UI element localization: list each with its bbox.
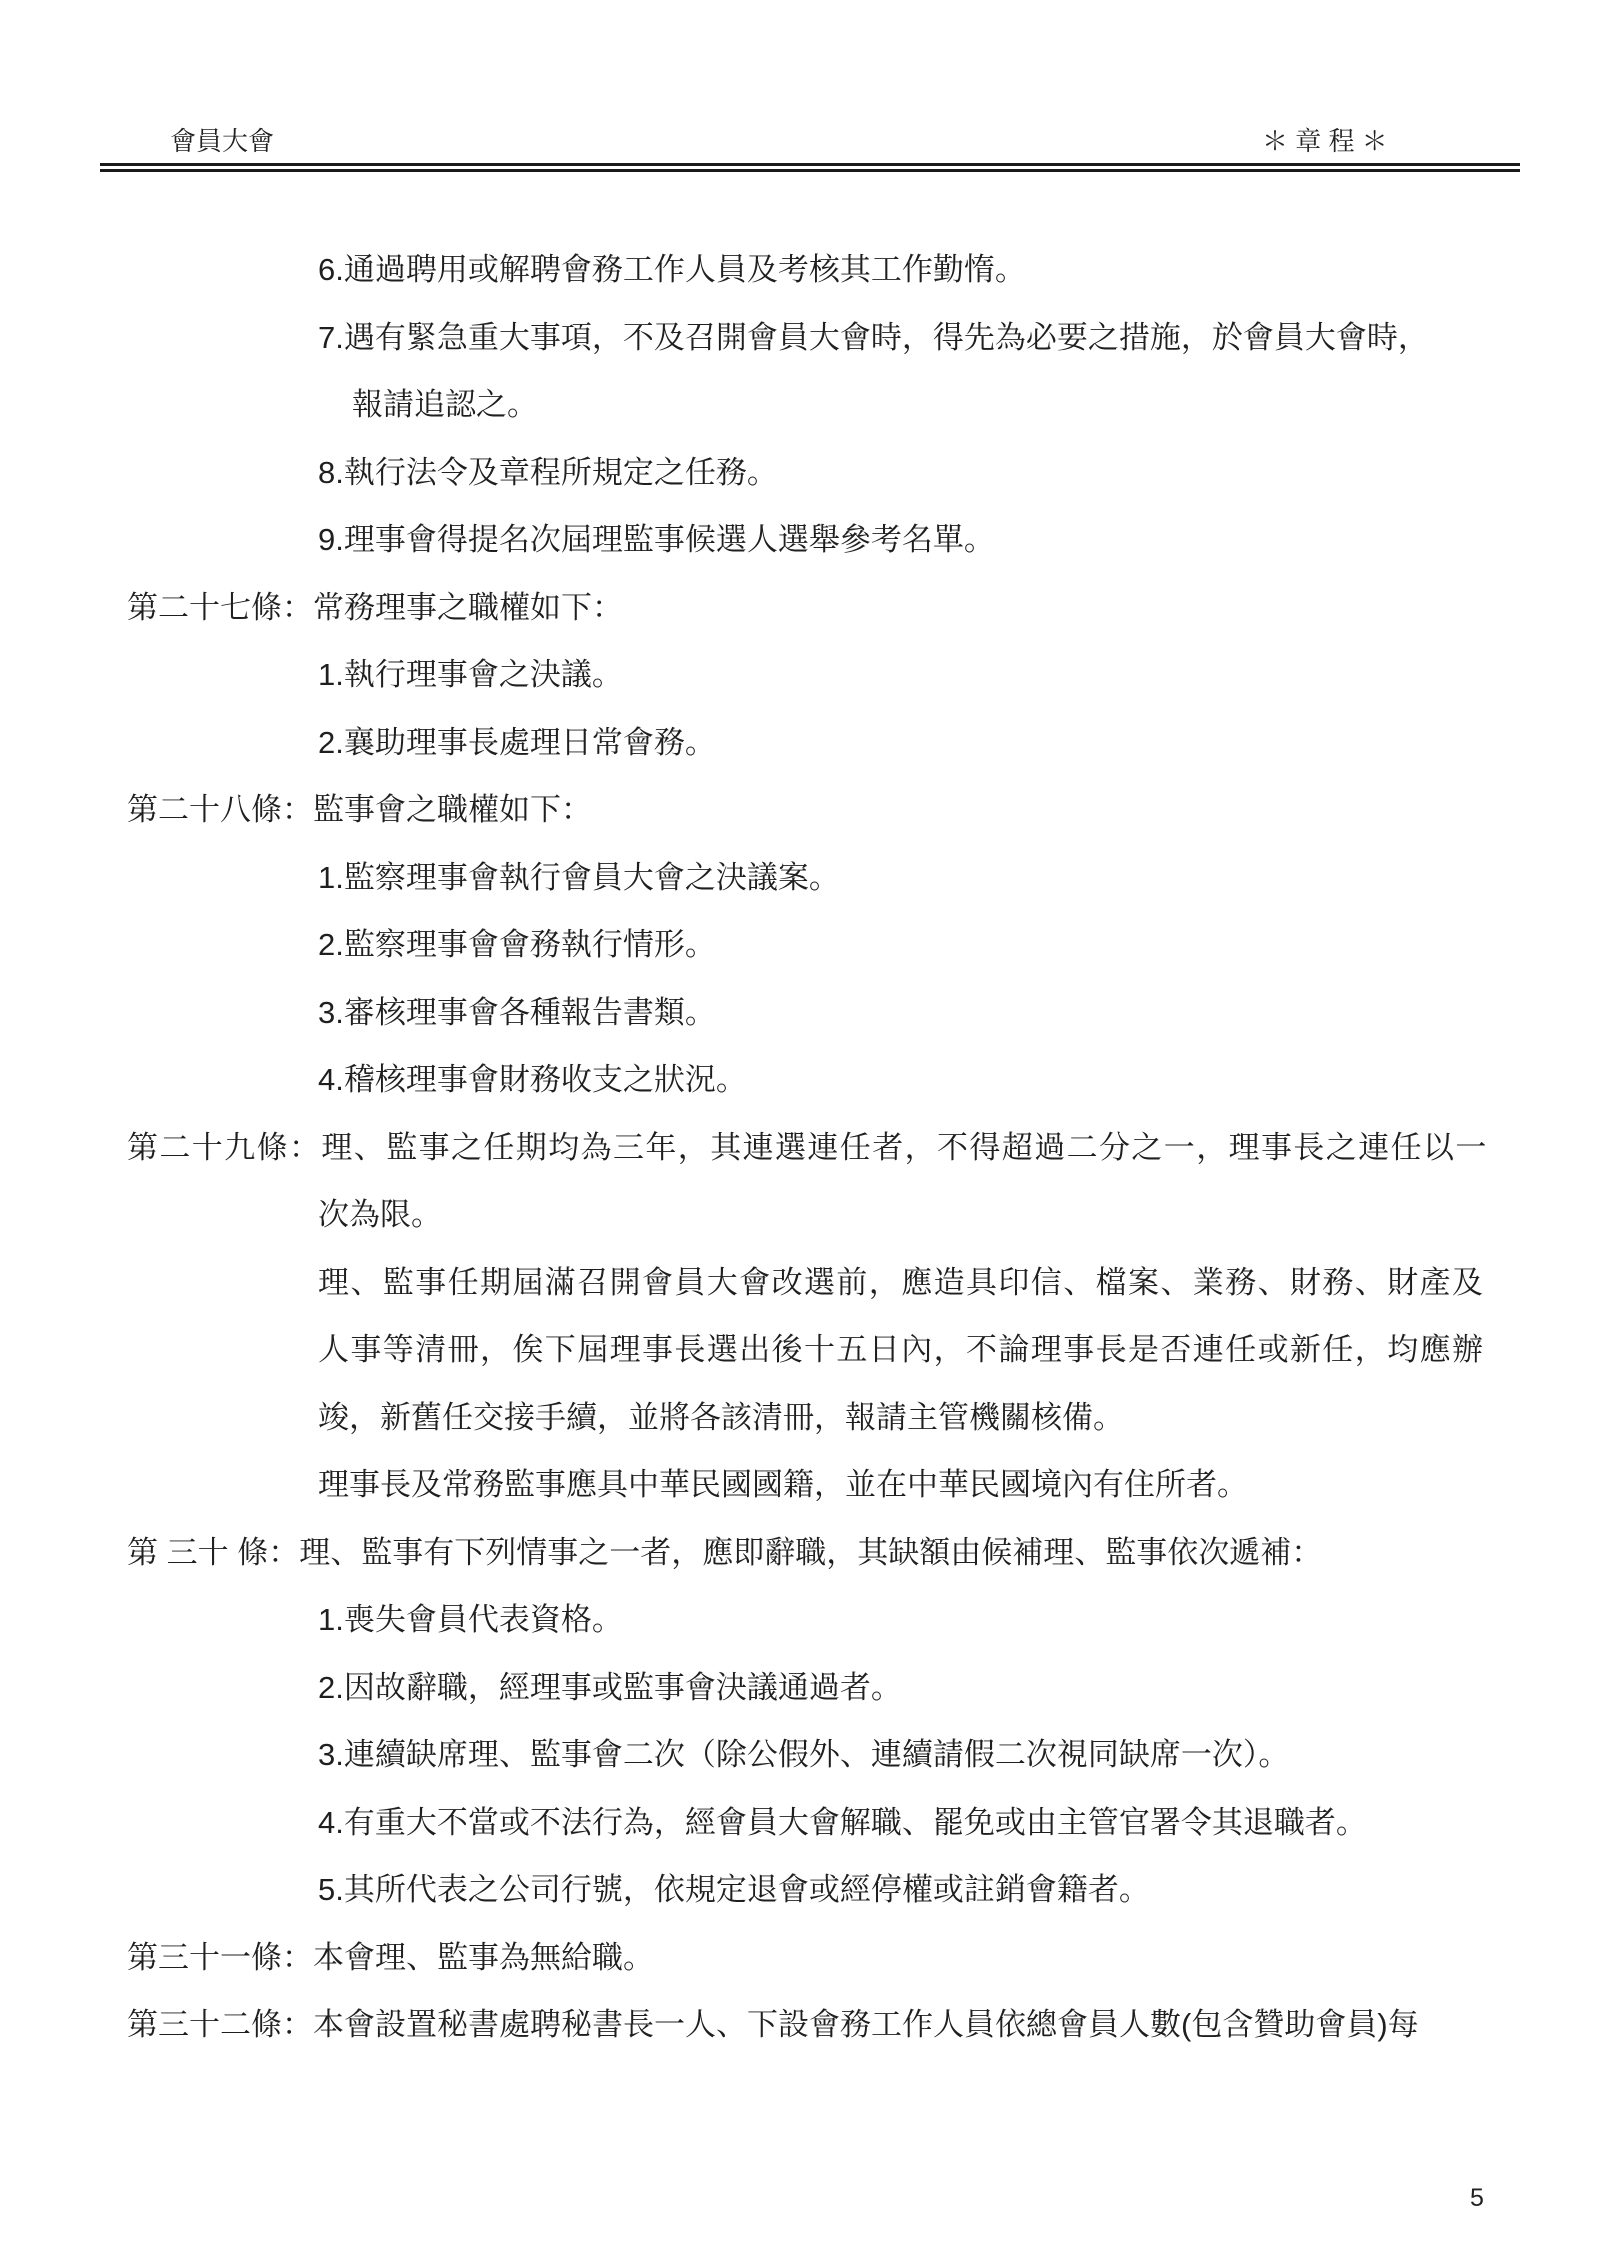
header-section-title: 會員大會 (170, 126, 274, 156)
charter-line: 1.喪失會員代表資格。 (318, 1601, 623, 1639)
charter-line: 1.執行理事會之決議。 (318, 656, 623, 694)
charter-line: 次為限。 (318, 1196, 442, 1234)
charter-line: 2.襄助理事長處理日常會務。 (318, 724, 716, 762)
header-document-title: ＊ 章 程 ＊ (1262, 126, 1388, 156)
charter-article-29: 第二十九條：理、監事之任期均為三年，其連選連任者，不得超過二分之一，理事長之連任… (127, 1129, 1488, 1167)
charter-line: 人事等清冊，俟下屆理事長選出後十五日內，不論理事長是否連任或新任，均應辦 (318, 1331, 1484, 1369)
charter-line: 報請追認之。 (352, 386, 538, 424)
charter-line: 5.其所代表之公司行號，依規定退會或經停權或註銷會籍者。 (318, 1871, 1150, 1909)
charter-line: 4.稽核理事會財務收支之狀況。 (318, 1061, 747, 1099)
charter-article-27: 第二十七條：常務理事之職權如下： (127, 589, 623, 627)
charter-line: 9.理事會得提名次屆理監事候選人選舉參考名單。 (318, 521, 995, 559)
charter-article-30: 第 三十 條：理、監事有下列情事之一者，應即辭職，其缺額由候補理、監事依次遞補： (127, 1534, 1322, 1572)
charter-line: 4.有重大不當或不法行為，經會員大會解職、罷免或由主管官署令其退職者。 (318, 1804, 1367, 1842)
charter-document-page: 會員大會 ＊ 章 程 ＊ 6.通過聘用或解聘會務工作人員及考核其工作勤惰。 7.… (0, 0, 1600, 2263)
page-number: 5 (1470, 2184, 1484, 2213)
header-double-rule (100, 163, 1520, 172)
charter-article-28: 第二十八條：監事會之職權如下： (127, 791, 592, 829)
charter-line: 竣，新舊任交接手續，並將各該清冊，報請主管機關核備。 (318, 1399, 1124, 1437)
charter-line: 2.監察理事會會務執行情形。 (318, 926, 716, 964)
charter-line: 2.因故辭職，經理事或監事會決議通過者。 (318, 1669, 902, 1707)
charter-article-32: 第三十二條：本會設置秘書處聘秘書長一人、下設會務工作人員依總會員人數(包含贊助會… (127, 2006, 1419, 2044)
charter-line: 7.遇有緊急重大事項，不及召開會員大會時，得先為必要之措施，於會員大會時， (318, 319, 1429, 357)
charter-line: 6.通過聘用或解聘會務工作人員及考核其工作勤惰。 (318, 251, 1026, 289)
charter-line: 理、監事任期屆滿召開會員大會改選前，應造具印信、檔案、業務、財務、財產及 (318, 1264, 1484, 1302)
charter-line: 3.審核理事會各種報告書類。 (318, 994, 716, 1032)
charter-line: 1.監察理事會執行會員大會之決議案。 (318, 859, 840, 897)
charter-line: 8.執行法令及章程所規定之任務。 (318, 454, 778, 492)
charter-line: 理事長及常務監事應具中華民國國籍，並在中華民國境內有住所者。 (318, 1466, 1248, 1504)
charter-line: 3.連續缺席理、監事會二次（除公假外、連續請假二次視同缺席一次）。 (318, 1736, 1289, 1774)
charter-article-31: 第三十一條：本會理、監事為無給職。 (127, 1939, 654, 1977)
